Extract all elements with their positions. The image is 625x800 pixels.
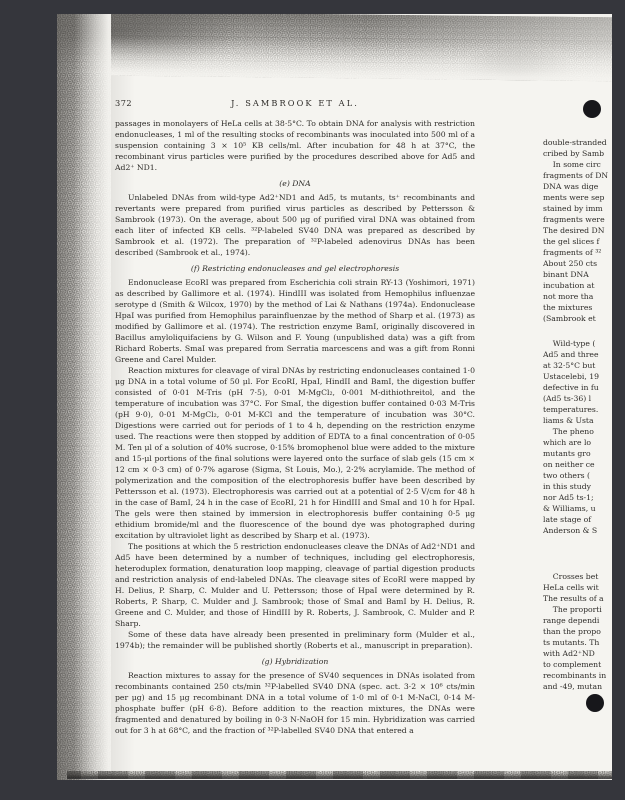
text-block: (g) Hybridization	[115, 656, 475, 667]
adjacent-page-line: & Williams, u	[543, 503, 612, 514]
adjacent-page-block: Crosses betHeLa cells witThe results of …	[543, 571, 612, 692]
scan-edge-top	[57, 14, 612, 81]
text-block: Endonuclease EcoRI was prepared from Esc…	[115, 277, 475, 365]
text-block: (e) DNA	[115, 178, 475, 189]
fade-overlay	[57, 14, 111, 780]
adjacent-page-line: In some circ	[543, 159, 612, 170]
adjacent-page-line: which are lo	[543, 437, 612, 448]
adjacent-page-line: incubation at	[543, 280, 612, 291]
adjacent-page-line: (Sambrook et	[543, 313, 612, 324]
text-block: Reaction mixtures for cleavage of viral …	[115, 365, 475, 541]
scan-edge-bottom	[67, 771, 612, 779]
adjacent-page-line: in this study	[543, 481, 612, 492]
adjacent-page-line: at 32·5°C but	[543, 360, 612, 371]
adjacent-page-line: Ad5 and three	[543, 349, 612, 360]
adjacent-page-line: Anderson & S	[543, 525, 612, 536]
adjacent-page-line: double-stranded	[543, 137, 612, 148]
text-block: Some of these data have already been pre…	[115, 629, 475, 651]
punch-hole-top	[583, 100, 601, 118]
adjacent-page-block: double-strandedcribed by Samb In some ci…	[543, 137, 612, 324]
text-block: The positions at which the 5 restriction…	[115, 541, 475, 629]
adjacent-page-line: late stage of	[543, 514, 612, 525]
adjacent-page-line: HeLa cells wit	[543, 582, 612, 593]
text-block: Unlabeled DNAs from wild-type Ad2⁺ND1 an…	[115, 192, 475, 258]
adjacent-page-line: stained by imm	[543, 203, 612, 214]
punch-hole-bottom	[586, 694, 604, 712]
adjacent-page-line: temperatures.	[543, 404, 612, 415]
adjacent-page-line: fragments of ³²	[543, 247, 612, 258]
adjacent-page-line: not more tha	[543, 291, 612, 302]
adjacent-page-line: defective in fu	[543, 382, 612, 393]
page-header: 372 J. SAMBROOK ET AL.	[115, 98, 475, 109]
adjacent-page-line: nor Ad5 ts-1;	[543, 492, 612, 503]
adjacent-page-line: than the propo	[543, 626, 612, 637]
adjacent-page-line: range dependi	[543, 615, 612, 626]
adjacent-page-line: The proporti	[543, 604, 612, 615]
text-block: (f) Restricting endonucleases and gel el…	[115, 263, 475, 274]
scan-edge-left	[57, 14, 111, 780]
adjacent-page-line: with Ad2⁺ND	[543, 648, 612, 659]
text-block: passages in monolayers of HeLa cells at …	[115, 118, 475, 173]
adjacent-page-line: ts mutants. Th	[543, 637, 612, 648]
adjacent-page-line: cribed by Samb	[543, 148, 612, 159]
article-body: passages in monolayers of HeLa cells at …	[115, 118, 475, 736]
adjacent-page-line: on neither ce	[543, 459, 612, 470]
adjacent-page-line: Wild-type (	[543, 338, 612, 349]
adjacent-page-block: Wild-type (Ad5 and threeat 32·5°C butUst…	[543, 338, 612, 536]
article-text-column: 372 J. SAMBROOK ET AL. passages in monol…	[115, 98, 475, 736]
page-number: 372	[115, 98, 151, 109]
adjacent-page-line: Crosses bet	[543, 571, 612, 582]
adjacent-page-line: binant DNA	[543, 269, 612, 280]
adjacent-page-line: fragments of DN	[543, 170, 612, 181]
adjacent-page-line: The results of a	[543, 593, 612, 604]
text-block: Reaction mixtures to assay for the prese…	[115, 670, 475, 736]
grain-texture	[67, 771, 612, 779]
adjacent-page-line: ments were sep	[543, 192, 612, 203]
adjacent-page-line: the gel slices f	[543, 236, 612, 247]
adjacent-page-line: recombinants in	[543, 670, 612, 681]
scan-background: 372 J. SAMBROOK ET AL. passages in monol…	[0, 0, 625, 800]
adjacent-page-line: Ustacelebi, 19	[543, 371, 612, 382]
adjacent-page-line: and -49, mutan	[543, 681, 612, 692]
adjacent-page-line: to complement	[543, 659, 612, 670]
scanned-sheet: 372 J. SAMBROOK ET AL. passages in monol…	[57, 14, 612, 780]
adjacent-page-line: mutants gro	[543, 448, 612, 459]
fade-overlay	[57, 14, 612, 81]
running-head: J. SAMBROOK ET AL.	[151, 98, 475, 109]
adjacent-page-line: the mixtures	[543, 302, 612, 313]
adjacent-page-line: About 250 cts	[543, 258, 612, 269]
adjacent-page-line: DNA was dige	[543, 181, 612, 192]
adjacent-page-column: double-strandedcribed by Samb In some ci…	[543, 14, 612, 780]
adjacent-page-line: (Ad5 ts-36) l	[543, 393, 612, 404]
adjacent-page-line: The pheno	[543, 426, 612, 437]
adjacent-page-line: two others (	[543, 470, 612, 481]
adjacent-page-line: fragments were	[543, 214, 612, 225]
adjacent-page-line: The desired DN	[543, 225, 612, 236]
adjacent-page-line: liams & Usta	[543, 415, 612, 426]
